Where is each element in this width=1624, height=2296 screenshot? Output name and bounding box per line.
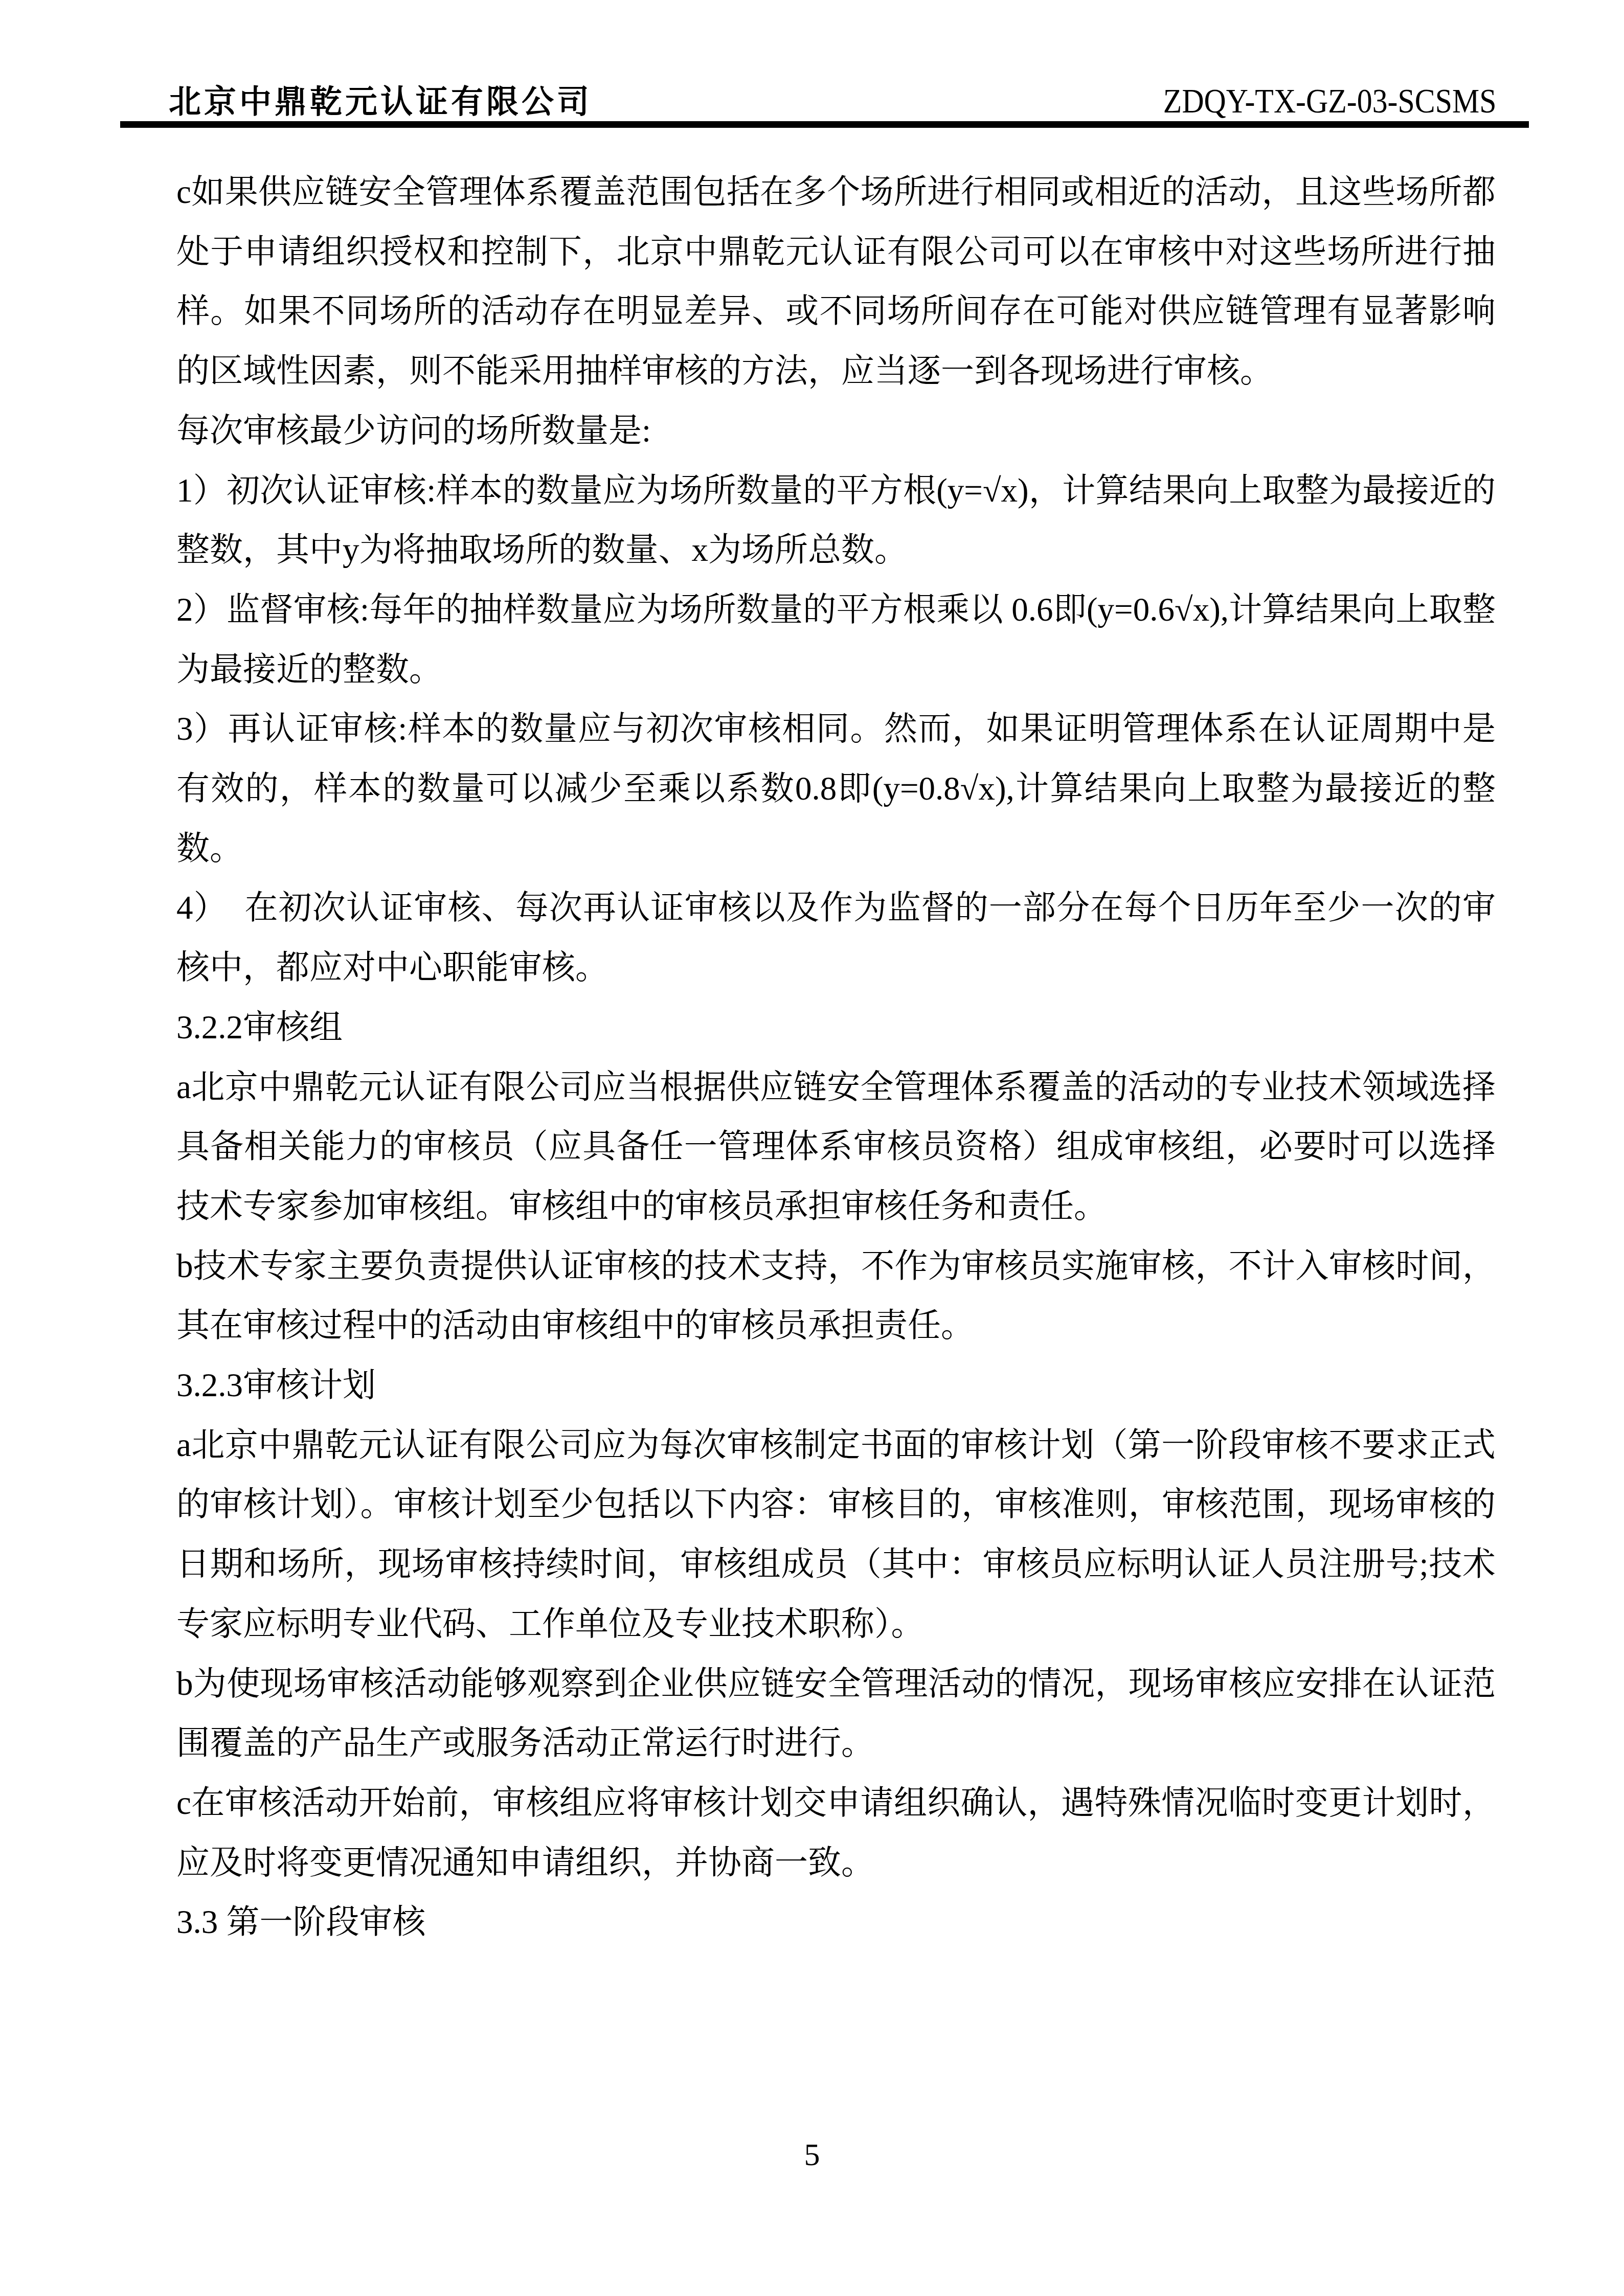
paragraph: a北京中鼎乾元认证有限公司应当根据供应链安全管理体系覆盖的活动的专业技术领域选择… xyxy=(176,1058,1496,1237)
document-code: ZDQY-TX-GZ-03-SCSMS xyxy=(1163,81,1496,121)
header-divider xyxy=(120,121,1529,128)
page-number: 5 xyxy=(0,2134,1624,2175)
paragraph: b技术专家主要负责提供认证审核的技术支持，不作为审核员实施审核，不计入审核时间，… xyxy=(176,1237,1496,1356)
paragraph: 3.2.3审核计划 xyxy=(176,1356,1496,1416)
document-page: 北京中鼎乾元认证有限公司 ZDQY-TX-GZ-03-SCSMS c如果供应链安… xyxy=(0,0,1624,2296)
company-name: 北京中鼎乾元认证有限公司 xyxy=(169,76,592,122)
paragraph: 2）监督审核:每年的抽样数量应为场所数量的平方根乘以 0.6即(y=0.6√x)… xyxy=(176,580,1496,699)
document-body: c如果供应链安全管理体系覆盖范围包括在多个场所进行相同或相近的活动，且这些场所都… xyxy=(176,163,1496,1952)
paragraph: 4） 在初次认证审核、每次再认证审核以及作为监督的一部分在每个日历年至少一次的审… xyxy=(176,878,1496,997)
page-header: 北京中鼎乾元认证有限公司 ZDQY-TX-GZ-03-SCSMS xyxy=(169,76,1496,122)
paragraph: c在审核活动开始前，审核组应将审核计划交申请组织确认，遇特殊情况临时变更计划时，… xyxy=(176,1774,1496,1893)
paragraph: 3）再认证审核:样本的数量应与初次审核相同。然而，如果证明管理体系在认证周期中是… xyxy=(176,699,1496,878)
paragraph: b为使现场审核活动能够观察到企业供应链安全管理活动的情况，现场审核应安排在认证范… xyxy=(176,1654,1496,1774)
paragraph: c如果供应链安全管理体系覆盖范围包括在多个场所进行相同或相近的活动，且这些场所都… xyxy=(176,163,1496,401)
paragraph: 每次审核最少访问的场所数量是: xyxy=(176,401,1496,461)
paragraph: 3.3 第一阶段审核 xyxy=(176,1893,1496,1952)
paragraph: 1）初次认证审核:样本的数量应为场所数量的平方根(y=√x)，计算结果向上取整为… xyxy=(176,461,1496,580)
paragraph: 3.2.2审核组 xyxy=(176,998,1496,1058)
paragraph: a北京中鼎乾元认证有限公司应为每次审核制定书面的审核计划（第一阶段审核不要求正式… xyxy=(176,1416,1496,1654)
